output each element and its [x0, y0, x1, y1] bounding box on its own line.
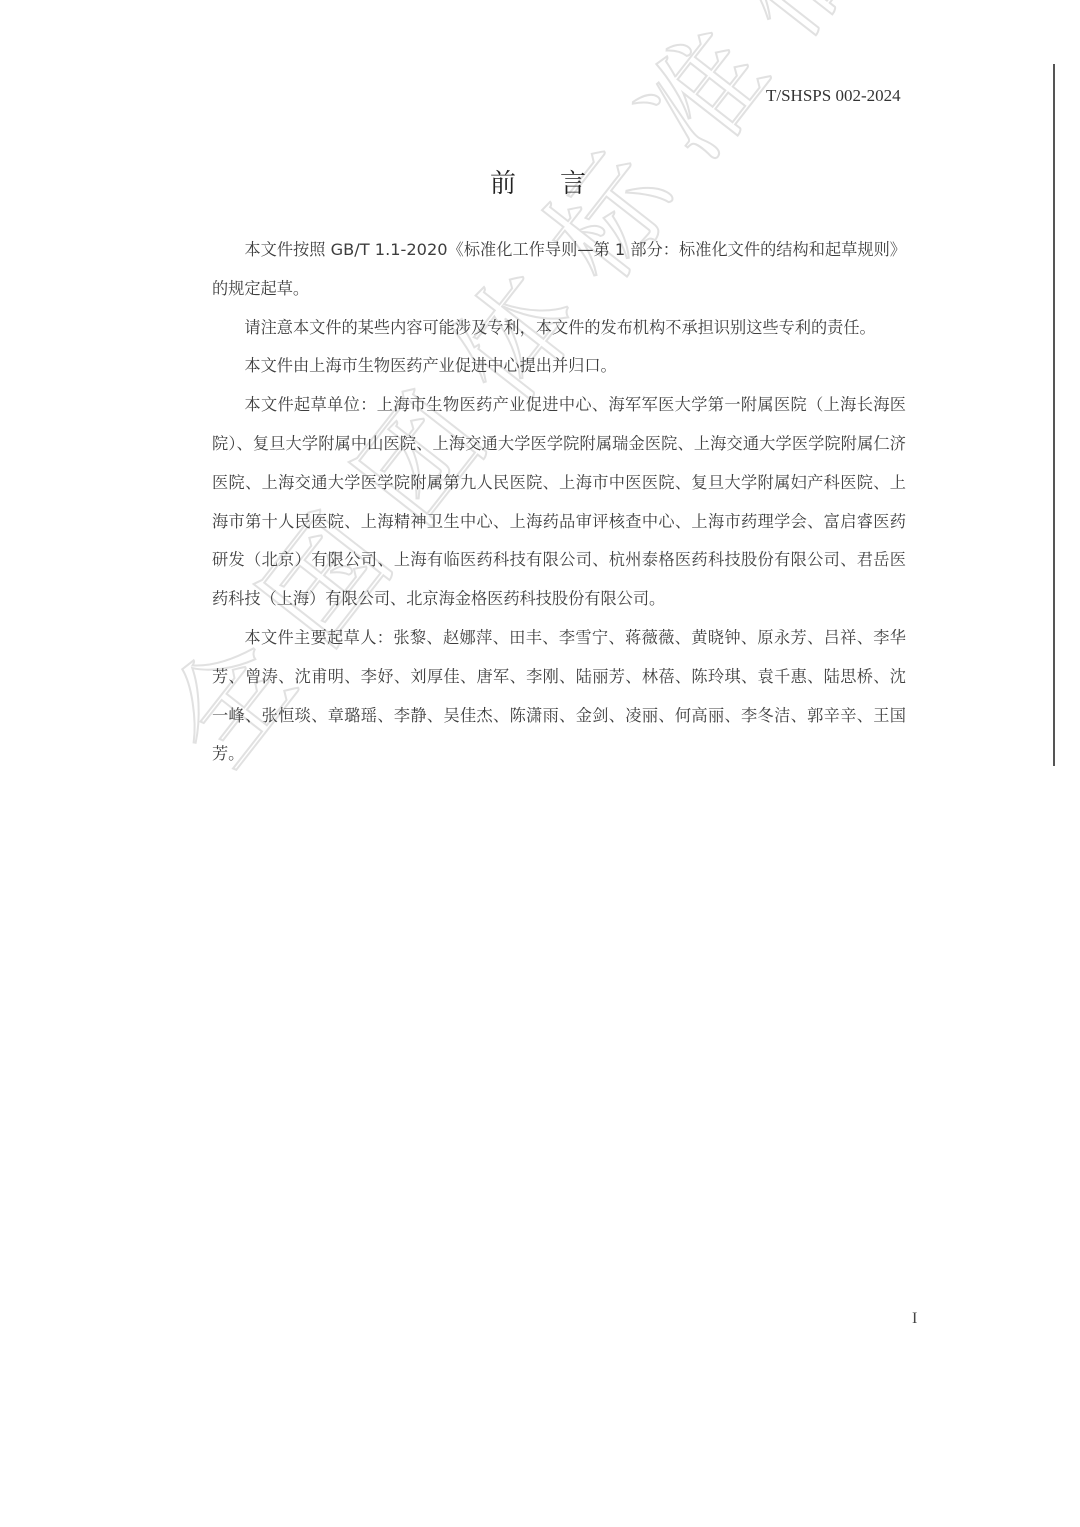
paragraph-drafting-units: 本文件起草单位：上海市生物医药产业促进中心、海军军医大学第一附属医院（上海长海医… — [212, 386, 906, 619]
paragraph-patent-notice: 请注意本文件的某些内容可能涉及专利，本文件的发布机构不承担识别这些专利的责任。 — [212, 309, 906, 348]
paragraph-proposer: 本文件由上海市生物医药产业促进中心提出并归口。 — [212, 347, 906, 386]
paragraph-drafting-rules: 本文件按照 GB/T 1.1-2020《标准化工作导则—第 1 部分：标准化文件… — [212, 231, 906, 309]
document-page: 全国团体标准信息平台 T/SHSPS 002-2024 前言 本文件按照 GB/… — [0, 0, 1080, 1527]
paragraph-drafters: 本文件主要起草人：张黎、赵娜萍、田丰、李雪宁、蒋薇薇、黄晓钟、原永芳、吕祥、李华… — [212, 619, 906, 774]
foreword-body: 本文件按照 GB/T 1.1-2020《标准化工作导则—第 1 部分：标准化文件… — [212, 231, 906, 774]
page-title: 前言 — [0, 163, 1080, 200]
standard-code: T/SHSPS 002-2024 — [766, 86, 901, 106]
page-number: I — [912, 1310, 917, 1328]
